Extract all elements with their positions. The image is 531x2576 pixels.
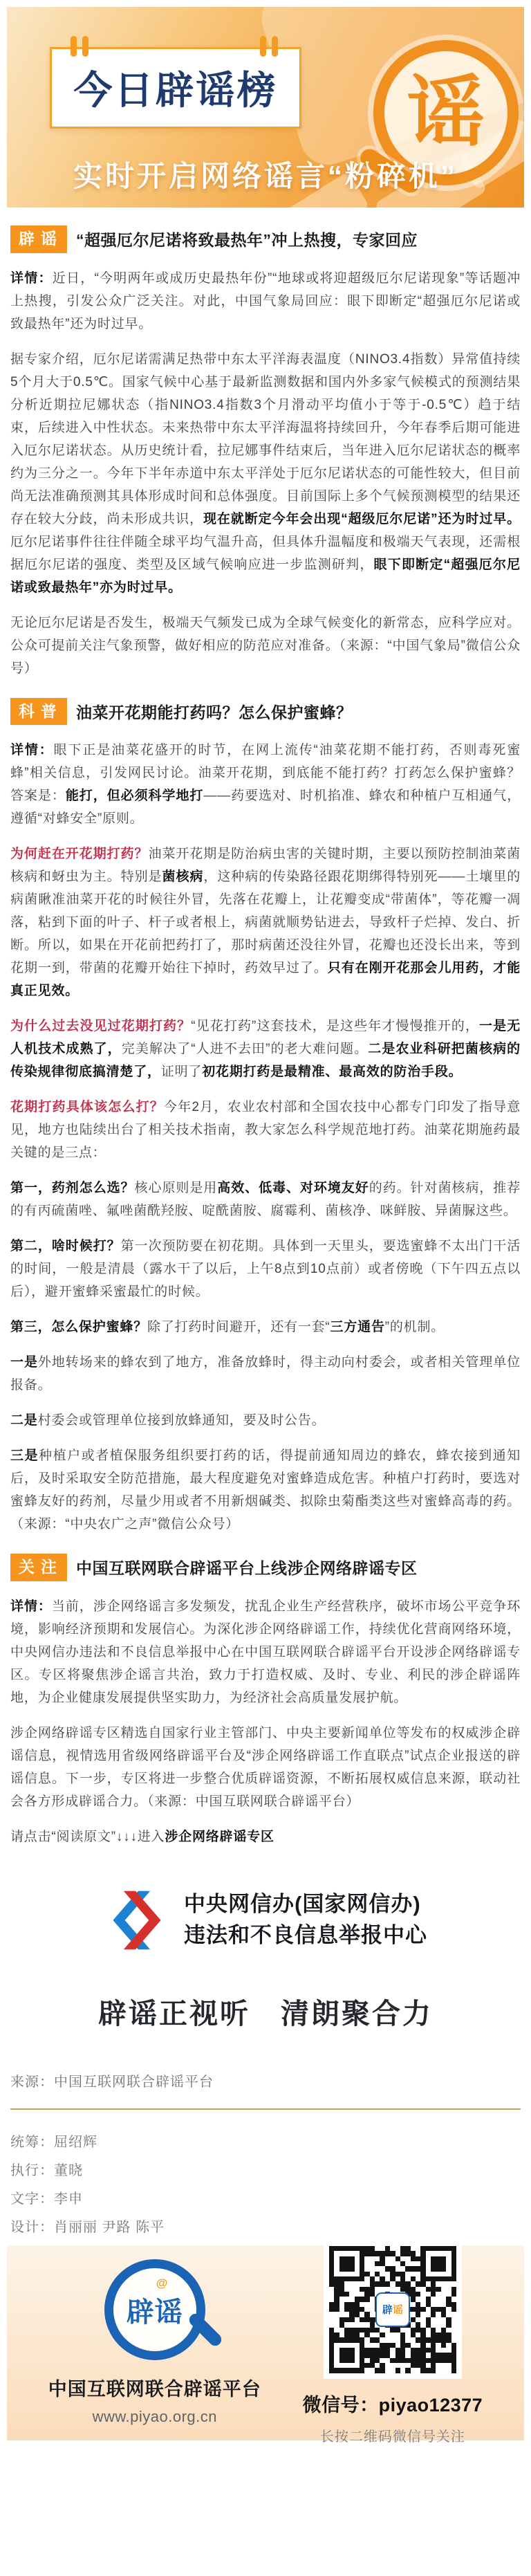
paragraph: 无论厄尔尼诺是否发生，极端天气频发已成为全球气候变化的新常态，应科学应对。公众可…: [10, 611, 521, 680]
section-title: 中国互联网联合辟谣平台上线涉企网络辟谣专区: [76, 1556, 418, 1579]
bold-text: 第二，啥时候打？: [10, 1239, 121, 1253]
bold-text: 能打，但必须科学地打: [66, 789, 204, 803]
section-title: “超强厄尔尼诺将致最热年”冲上热搜，专家回应: [76, 228, 418, 250]
bold-text: 详情：: [10, 271, 53, 286]
paragraph: 详情：眼下正是油菜花盛开的时节，在网上流传“油菜花期不能打药，否则毒死蜜蜂”相关…: [10, 739, 521, 830]
article-body: 辟谣“超强厄尔尼诺将致最热年”冲上热搜，专家回应详情：近日，“今明两年或成历史最…: [0, 226, 531, 1848]
paragraph: 为什么过去没见过花期打药？“见花打药”这套技术，是这些年才慢慢推开的，一是无人机…: [10, 1015, 521, 1083]
bold-text: 三方通告: [330, 1320, 385, 1334]
paragraph: 涉企网络辟谣专区精选自国家行业主管部门、中央主要新闻单位等发布的权威涉企辟谣信息…: [10, 1722, 521, 1813]
section-header: 科普油菜开花期能打药吗？怎么保护蜜蜂？: [10, 698, 521, 726]
paragraph: 第三，怎么保护蜜蜂？除了打药时间避开，还有一套“三方通告”的机制。: [10, 1316, 521, 1338]
section-badge: 辟谣: [10, 226, 67, 253]
slogan-right: 清朗聚合力: [281, 1998, 433, 2030]
bold-text: 第三，怎么保护蜜蜂？: [10, 1320, 147, 1334]
platform-name: 中国互联网联合辟谣平台: [48, 2374, 261, 2401]
platform-column: 辟谣 @ 中国互联网联合辟谣平台 www.piyao.org.cn: [48, 2259, 261, 2426]
quote-marks-icon: [260, 36, 285, 57]
magnifier-rumor-char: 谣: [407, 74, 485, 151]
red-heading-text: 为什么过去没见过花期打药？: [10, 1019, 191, 1033]
body-text: 证明了: [161, 1065, 202, 1079]
section-header: 关注中国互联网联合辟谣平台上线涉企网络辟谣专区: [10, 1554, 521, 1581]
cac-name: 中央网信办(国家网信办) 违法和不良信息举报中心: [184, 1889, 427, 1951]
body-text: 涉企网络辟谣专区精选自国家行业主管部门、中央主要新闻单位等发布的权威涉企辟谣信息…: [10, 1726, 521, 1809]
body-text: 村委会或管理单位接到放蜂通知，要及时公告。: [38, 1413, 326, 1428]
footer-card: 辟谣 @ 中国互联网联合辟谣平台 www.piyao.org.cn 辟谣 微信号…: [7, 2245, 524, 2440]
body-text: 除了打药时间避开，还有一套“: [147, 1320, 330, 1334]
gold-divider: [10, 2108, 521, 2110]
qr-center-logo-icon: 辟谣: [375, 2292, 410, 2327]
banner-subtitle: 实时开启网络谣言“粉碎机”: [7, 154, 524, 195]
bold-text: 一是: [10, 1355, 38, 1370]
cac-report-center-block: 中央网信办(国家网信办) 违法和不良信息举报中心: [0, 1887, 531, 1953]
paragraph: 为何赶在开花期打药？油菜开花期是防治病虫害的关键时期，主要以预防控制油菜菌核病和…: [10, 843, 521, 1002]
paragraph: 请点击“阅读原文”↓↓↓进入涉企网络辟谣专区: [10, 1825, 521, 1848]
credits-list: 统筹：屈绍辉执行：董晓文字：李申设计：肖丽丽 尹路 陈平: [0, 2131, 531, 2236]
bold-text: 三是: [10, 1448, 39, 1463]
red-heading-text: 花期打药具体该怎么打？: [10, 1100, 164, 1114]
piyao-magnifier-logo-icon: 辟谣 @: [104, 2259, 205, 2360]
wechat-qr-code: 辟谣: [324, 2241, 462, 2379]
platform-url: www.piyao.org.cn: [93, 2408, 217, 2426]
slogan: 辟谣正视听清朗聚合力: [0, 1991, 531, 2032]
bold-text: 详情：: [10, 1599, 52, 1614]
bold-text: 现在就断定今年会出现“超级厄尔尼诺”还为时过早。: [203, 512, 521, 526]
body-text: 无论厄尔尼诺是否发生，极端天气频发已成为全球气候变化的新常态，应科学应对。公众可…: [10, 616, 521, 676]
body-text: 完美解决了“人进不去田”的老大难问题。: [122, 1042, 368, 1056]
body-text: ，这种病的传染路径跟花期绑得特别死——土壤里的病菌瞅准油菜开花的时候往外冒，先落…: [10, 870, 521, 975]
bold-text: 初花期打药是最精准、最高效的防治手段。: [202, 1065, 462, 1079]
wechat-tip: 长按二维码微信号关注: [320, 2425, 465, 2445]
body-text: ”的机制。: [385, 1320, 445, 1334]
body-text: 核心原则是用: [135, 1181, 218, 1195]
slogan-left: 辟谣正视听: [98, 1998, 250, 2030]
section-badge: 科普: [10, 698, 67, 726]
body-text: 据专家介绍，厄尔尼诺需满足热带中东太平洋海表温度（NINO3.4指数）异常值持续…: [10, 352, 521, 526]
body-text: “见花打药”这套技术，是这些年才慢慢推开的，: [191, 1019, 479, 1033]
body-text: 种植户或者植保服务组织要打药的话，得提前通知周边的蜂农，蜂农接到通知后，及时采取…: [10, 1448, 521, 1531]
section-badge: 关注: [10, 1554, 67, 1581]
banner-title-box: 今日辟谣榜: [50, 47, 301, 129]
bold-text: 二是: [10, 1413, 38, 1428]
paragraph: 一是外地转场来的蜂农到了地方，准备放蜂时，得主动向村委会，或者相关管理单位报备。: [10, 1351, 521, 1397]
paragraph: 花期打药具体该怎么打？今年2月，农业农村部和全国农技中心都专门印发了指导意见，地…: [10, 1096, 521, 1164]
paragraph: 二是村委会或管理单位接到放蜂通知，要及时公告。: [10, 1409, 521, 1432]
body-text: 当前，涉企网络谣言多发频发，扰乱企业生产经营秩序，破坏市场公平竞争环境，影响经济…: [10, 1599, 521, 1705]
bold-text: 涉企网络辟谣专区: [165, 1830, 274, 1844]
bold-text: 高效、低毒、对环境友好: [217, 1181, 369, 1195]
paragraph: 第一，药剂怎么选？核心原则是用高效、低毒、对环境友好的药。针对菌核病，推荐的有丙…: [10, 1177, 521, 1222]
paragraph: 据专家介绍，厄尔尼诺需满足热带中东太平洋海表温度（NINO3.4指数）异常值持续…: [10, 348, 521, 599]
paragraph: 详情：当前，涉企网络谣言多发频发，扰乱企业生产经营秩序，破坏市场公平竞争环境，影…: [10, 1595, 521, 1709]
header-banner: 今日辟谣榜 谣 实时开启网络谣言“粉碎机”: [7, 7, 524, 208]
red-heading-text: 为何赶在开花期打药？: [10, 847, 149, 861]
paragraph: 三是种植户或者植保服务组织要打药的话，得提前通知周边的蜂农，蜂农接到通知后，及时…: [10, 1444, 521, 1536]
wechat-column: 辟谣 微信号：piyao12377 长按二维码微信号关注: [303, 2241, 483, 2445]
wechat-id: 微信号：piyao12377: [303, 2390, 483, 2417]
section-title: 油菜开花期能打药吗？怎么保护蜜蜂？: [76, 700, 353, 723]
section-header: 辟谣“超强厄尔尼诺将致最热年”冲上热搜，专家回应: [10, 226, 521, 253]
bold-text: 详情：: [10, 743, 54, 757]
source-line: 来源：中国互联网联合辟谣平台: [0, 2070, 531, 2090]
bold-text: 第一，药剂怎么选？: [10, 1181, 135, 1195]
piyao-logo-at-mark: @: [156, 2276, 168, 2290]
credit-line: 文字：李申: [10, 2187, 521, 2207]
cac-logo-icon: [104, 1887, 170, 1953]
quote-marks-icon: [71, 36, 95, 57]
credit-line: 执行：董晓: [10, 2159, 521, 2179]
cac-name-line2: 违法和不良信息举报中心: [184, 1920, 427, 1951]
credit-line: 设计：肖丽丽 尹路 陈平: [10, 2216, 521, 2236]
piyao-logo-text: 辟谣: [127, 2290, 183, 2330]
bold-text: 菌核病: [162, 870, 204, 884]
banner-title: 今日辟谣榜: [74, 60, 278, 116]
paragraph: 第二，啥时候打？第一次预防要在初花期。具体到一天里头，要选蜜蜂不太出门干活的时间…: [10, 1235, 521, 1303]
body-text: 外地转场来的蜂农到了地方，准备放蜂时，得主动向村委会，或者相关管理单位报备。: [10, 1355, 521, 1392]
body-text: 请点击“阅读原文”↓↓↓进入: [10, 1830, 165, 1844]
body-text: 近日，“今明两年或成历史最热年份”“地球或将迎超级厄尔尼诺现象”等话题冲上热搜，…: [10, 271, 521, 331]
cac-name-line1: 中央网信办(国家网信办): [184, 1889, 427, 1920]
credit-line: 统筹：屈绍辉: [10, 2131, 521, 2151]
piyao-logo-handle: [187, 2311, 224, 2348]
paragraph: 详情：近日，“今明两年或成历史最热年份”“地球或将迎超级厄尔尼诺现象”等话题冲上…: [10, 267, 521, 335]
